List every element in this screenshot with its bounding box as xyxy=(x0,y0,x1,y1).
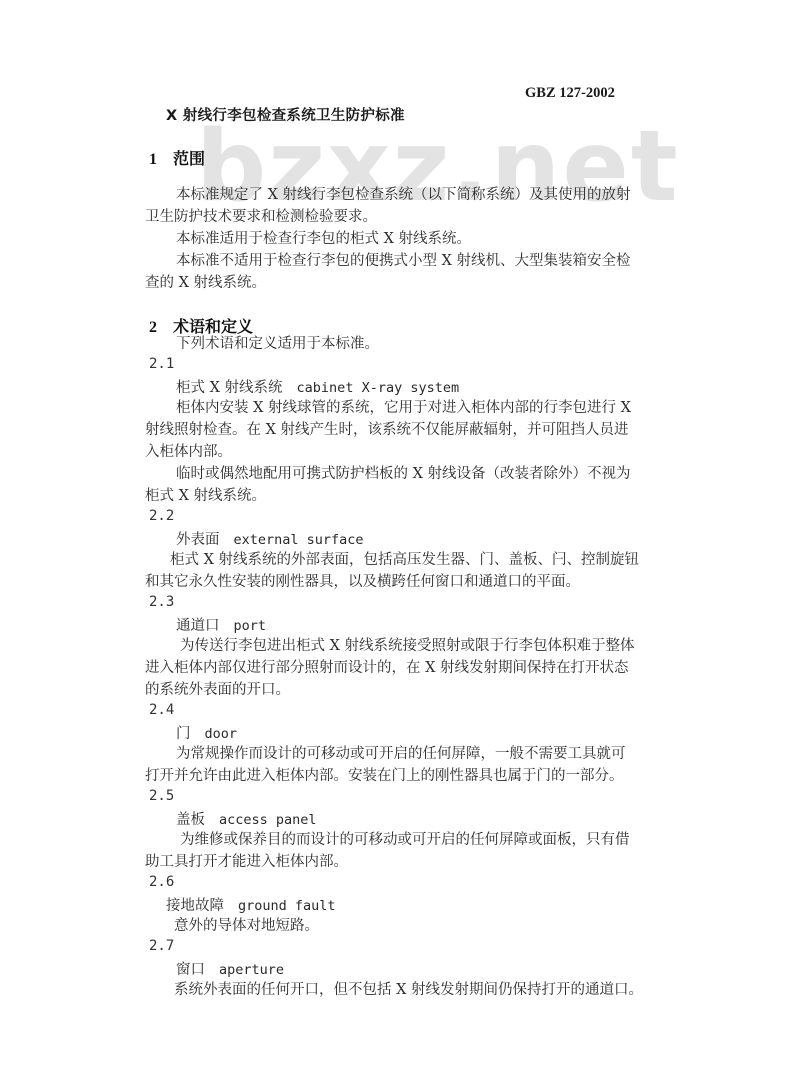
term-zh: 柜式 X 射线系统 xyxy=(176,380,283,396)
definition-line: 射线照射检查。在 X 射线产生时，该系统不仅能屏蔽辐射，并可阻挡人员进 xyxy=(145,420,629,440)
term-2-7: 窗口aperture xyxy=(176,958,284,979)
paragraph-line: 本标准适用于检查行李包的柜式 X 射线系统。 xyxy=(176,229,471,249)
clause-number: 2.1 xyxy=(149,356,174,372)
term-en: door xyxy=(205,726,238,742)
definition-line: 打开并允许由此进入柜体内部。安装在门上的刚性器具也属于门的一部分。 xyxy=(145,766,624,786)
section-number: 1 xyxy=(149,151,173,169)
term-zh: 外表面 xyxy=(176,532,220,548)
document-title: X 射线行李包检查系统卫生防护标准 xyxy=(166,104,405,125)
term-2-5: 盖板access panel xyxy=(176,808,317,829)
section-title: 范围 xyxy=(173,149,205,168)
term-2-3: 通道口port xyxy=(176,614,266,635)
paragraph-line: 卫生防护技术要求和检测检验要求。 xyxy=(145,207,377,227)
document-page: bzxz.net GBZ 127-2002 X 射线行李包检查系统卫生防护标准 … xyxy=(0,0,800,1090)
paragraph-line: 本标准规定了 X 射线行李包检查系统（以下简称系统）及其使用的放射 xyxy=(176,185,631,205)
term-2-1: 柜式 X 射线系统cabinet X-ray system xyxy=(176,376,459,397)
definition-line: 和其它永久性安装的刚性器具，以及横跨任何窗口和通道口的平面。 xyxy=(145,572,580,592)
term-en: aperture xyxy=(219,962,284,978)
standard-code: GBZ 127-2002 xyxy=(525,85,615,102)
definition-line: 为传送行李包进出柜式 X 射线系统接受照射或限于行李包体积难于整体 xyxy=(180,636,635,656)
definition-line: 柜式 X 射线系统的外部表面，包括高压发生器、门、盖板、闩、控制旋钮 xyxy=(170,550,639,570)
term-en: ground fault xyxy=(238,898,336,914)
definition-line: 为常规操作而设计的可移动或可开启的任何屏障，一般不需要工具就可 xyxy=(176,744,626,764)
term-2-4: 门door xyxy=(176,722,237,743)
definition-line: 为维修或保养目的而设计的可移动或可开启的任何屏障或面板，只有借 xyxy=(180,830,630,850)
term-zh: 接地故障 xyxy=(166,898,224,914)
definition-line: 柜体内安装 X 射线球管的系统，它用于对进入柜体内部的行李包进行 X xyxy=(176,398,631,418)
clause-number: 2.2 xyxy=(149,508,174,524)
definition-line: 系统外表面的任何开口，但不包括 X 射线发射期间仍保持打开的通道口。 xyxy=(174,980,643,1000)
section-1-heading: 1范围 xyxy=(149,146,205,169)
clause-number: 2.5 xyxy=(149,788,174,804)
term-en: external surface xyxy=(234,532,364,548)
term-zh: 盖板 xyxy=(176,812,205,828)
clause-number: 2.7 xyxy=(149,938,174,954)
paragraph-line: 本标准不适用于检查行李包的便携式小型 X 射线机、大型集装箱安全检 xyxy=(176,251,631,271)
section-number: 2 xyxy=(149,319,173,337)
term-2-2: 外表面external surface xyxy=(176,528,364,549)
term-zh: 门 xyxy=(176,726,191,742)
term-zh: 通道口 xyxy=(176,618,220,634)
paragraph-line: 查的 X 射线系统。 xyxy=(145,273,266,293)
term-en: access panel xyxy=(219,812,317,828)
definition-line: 助工具打开才能进入柜体内部。 xyxy=(145,852,348,872)
definition-line: 临时或偶然地配用可携式防护档板的 X 射线设备（改装者除外）不视为 xyxy=(176,464,631,484)
term-en: cabinet X-ray system xyxy=(297,380,460,396)
clause-number: 2.6 xyxy=(149,874,174,890)
term-en: port xyxy=(234,618,267,634)
definition-line: 柜式 X 射线系统。 xyxy=(145,486,266,506)
definition-line: 进入柜体内部仅进行部分照射而设计的，在 X 射线发射期间保持在打开状态 xyxy=(145,658,629,678)
definition-line: 意外的导体对地短路。 xyxy=(174,916,319,936)
term-zh: 窗口 xyxy=(176,962,205,978)
clause-number: 2.4 xyxy=(149,702,174,718)
clause-number: 2.3 xyxy=(149,594,174,610)
section-intro: 下列术语和定义适用于本标准。 xyxy=(176,334,379,354)
definition-line: 入柜体内部。 xyxy=(145,442,232,462)
term-2-6: 接地故障ground fault xyxy=(166,894,336,915)
definition-line: 的系统外表面的开口。 xyxy=(145,680,290,700)
